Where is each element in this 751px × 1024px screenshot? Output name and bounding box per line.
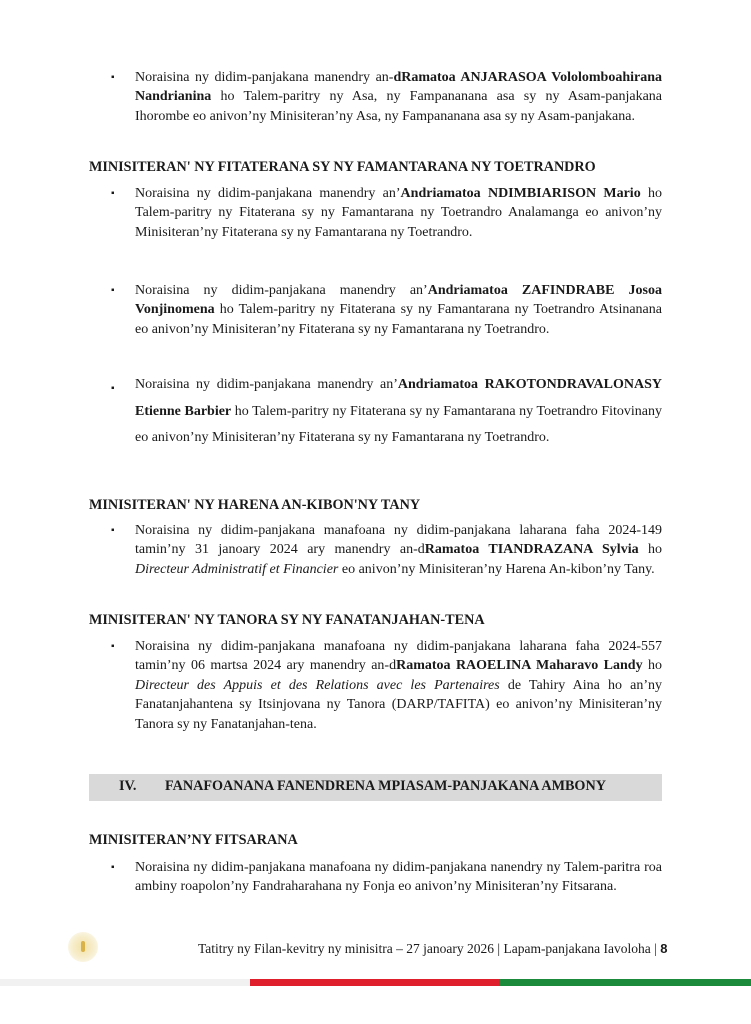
- bullet-icon: ▪: [111, 521, 115, 540]
- emblem-logo-icon: [68, 932, 98, 962]
- bullet-icon: ▪: [111, 281, 115, 300]
- bullet-icon: ▪: [111, 637, 115, 656]
- footer-stripe-green: [500, 979, 751, 986]
- paragraph-tiandrazana: ▪ Noraisina ny didim-panjakana manafoana…: [135, 521, 662, 579]
- bullet-icon: ▪: [111, 184, 115, 203]
- heading-fitaterana: MINISITERAN' NY FITATERANA SY NY FAMANTA…: [89, 159, 596, 176]
- page-number: 8: [660, 941, 667, 956]
- paragraph-raoelina: ▪ Noraisina ny didim-panjakana manafoana…: [135, 637, 662, 734]
- bullet-icon: ▪: [111, 376, 115, 403]
- paragraph-fitsarana: ▪ Noraisina ny didim-panjakana manafoana…: [135, 858, 662, 897]
- paragraph-ndimbiarison: ▪ Noraisina ny didim-panjakana manendry …: [135, 184, 662, 242]
- footer-stripe-red: [250, 979, 500, 986]
- heading-fitsarana: MINISITERAN’NY FITSARANA: [89, 832, 298, 849]
- page-footer: Tatitry ny Filan-kevitry ny minisitra – …: [198, 941, 667, 957]
- heading-tanora: MINISITERAN' NY TANORA SY NY FANATANJAHA…: [89, 612, 485, 629]
- position-title: Directeur Administratif et Financier: [135, 562, 338, 577]
- paragraph-zafindrabe: ▪ Noraisina ny didim-panjakana manendry …: [135, 281, 662, 339]
- appointee-name: Ramatoa TIANDRAZANA Sylvia: [425, 542, 639, 557]
- appointee-name: Andriamatoa NDIMBIARISON Mario: [401, 186, 641, 201]
- section-title: FANAFOANANA FANENDRENA MPIASAM-PANJAKANA…: [165, 778, 606, 795]
- section-header-band: IV. FANAFOANANA FANENDRENA MPIASAM-PANJA…: [89, 774, 662, 801]
- section-number: IV.: [119, 778, 136, 795]
- appointee-name: Ramatoa RAOELINA Maharavo Landy: [396, 658, 643, 673]
- bullet-icon: ▪: [111, 68, 115, 87]
- paragraph-rakotondravalonasy: ▪ Noraisina ny didim-panjakana manendry …: [135, 372, 662, 452]
- position-title: Directeur des Appuis et des Relations av…: [135, 678, 500, 693]
- bullet-icon: ▪: [111, 858, 115, 877]
- footer-stripe-gray: [0, 979, 250, 986]
- document-page: ▪ Noraisina ny didim-panjakana manendry …: [0, 0, 751, 1024]
- heading-harena: MINISITERAN' NY HARENA AN-KIBON'NY TANY: [89, 497, 420, 514]
- paragraph-anjarasoa: ▪ Noraisina ny didim-panjakana manendry …: [135, 68, 662, 126]
